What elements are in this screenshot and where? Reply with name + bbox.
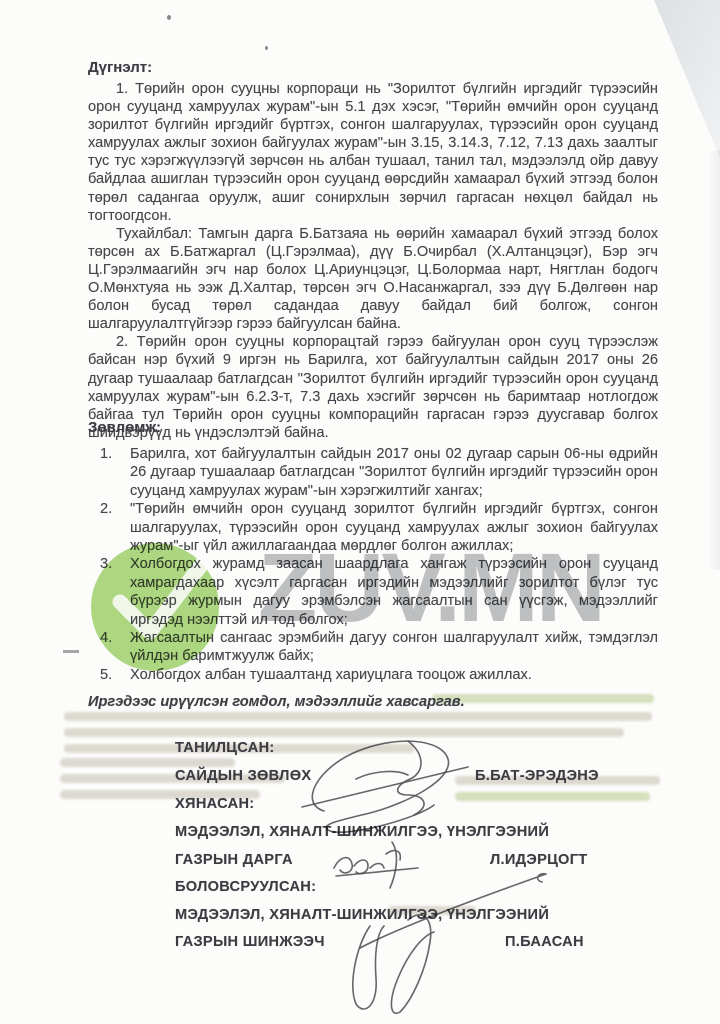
reviewed-heading: ХЯНАСАН:	[175, 796, 254, 812]
inspector-label: ГАЗРЫН ШИНЖЭЭЧ	[175, 934, 325, 950]
item-number: 2.	[100, 500, 112, 518]
bleedthrough-line	[455, 792, 650, 801]
scan-speck	[265, 46, 268, 50]
bleedthrough-line	[64, 712, 652, 721]
scan-speck	[167, 15, 171, 20]
bleedthrough-line	[432, 694, 654, 703]
director-label: ГАЗРЫН ДАРГА	[175, 852, 293, 868]
advisor-label: САЙДЫН ЗӨВЛӨХ	[175, 768, 311, 784]
bleedthrough-line	[60, 758, 235, 767]
signature-inspector	[338, 866, 568, 1016]
attachment-note: Иргэдээс ирүүлсэн гомдол, мэдээллийг хав…	[88, 694, 465, 710]
recommendation-heading: Зөвлөмж:	[88, 418, 658, 437]
prepared-heading: БОЛОВСРУУЛСАН:	[175, 879, 316, 895]
conclusion-heading: Дүгнэлт:	[88, 58, 658, 77]
advisor-name: Б.БАТ-ЭРЭДЭНЭ	[475, 768, 599, 784]
signature-advisor	[296, 733, 476, 838]
item-text: Барилга, хот байгуулалтын сайдын 2017 он…	[130, 446, 658, 499]
watermark-text: ZUV.MN	[258, 534, 603, 642]
item-number: 1.	[100, 445, 112, 463]
conclusion-section: Дүгнэлт: 1. Төрийн орон сууцны корпораци…	[88, 58, 658, 442]
acknowledged-heading: ТАНИЛЦСАН:	[175, 740, 275, 756]
conclusion-paragraph-2: Тухайлбал: Тамгын дарга Б.Батзаяа нь өөр…	[88, 225, 658, 334]
zuv-mn-logo-check-icon	[88, 540, 222, 674]
scanned-page: Дүгнэлт: 1. Төрийн орон сууцны корпораци…	[0, 0, 720, 1024]
conclusion-paragraph-1: 1. Төрийн орон сууцны корпораци нь "Зори…	[88, 80, 658, 225]
recommendation-item: 1. Барилга, хот байгуулалтын сайдын 2017…	[88, 445, 658, 500]
scan-edge-shadow	[708, 150, 720, 570]
scan-pen-dash	[63, 650, 79, 653]
